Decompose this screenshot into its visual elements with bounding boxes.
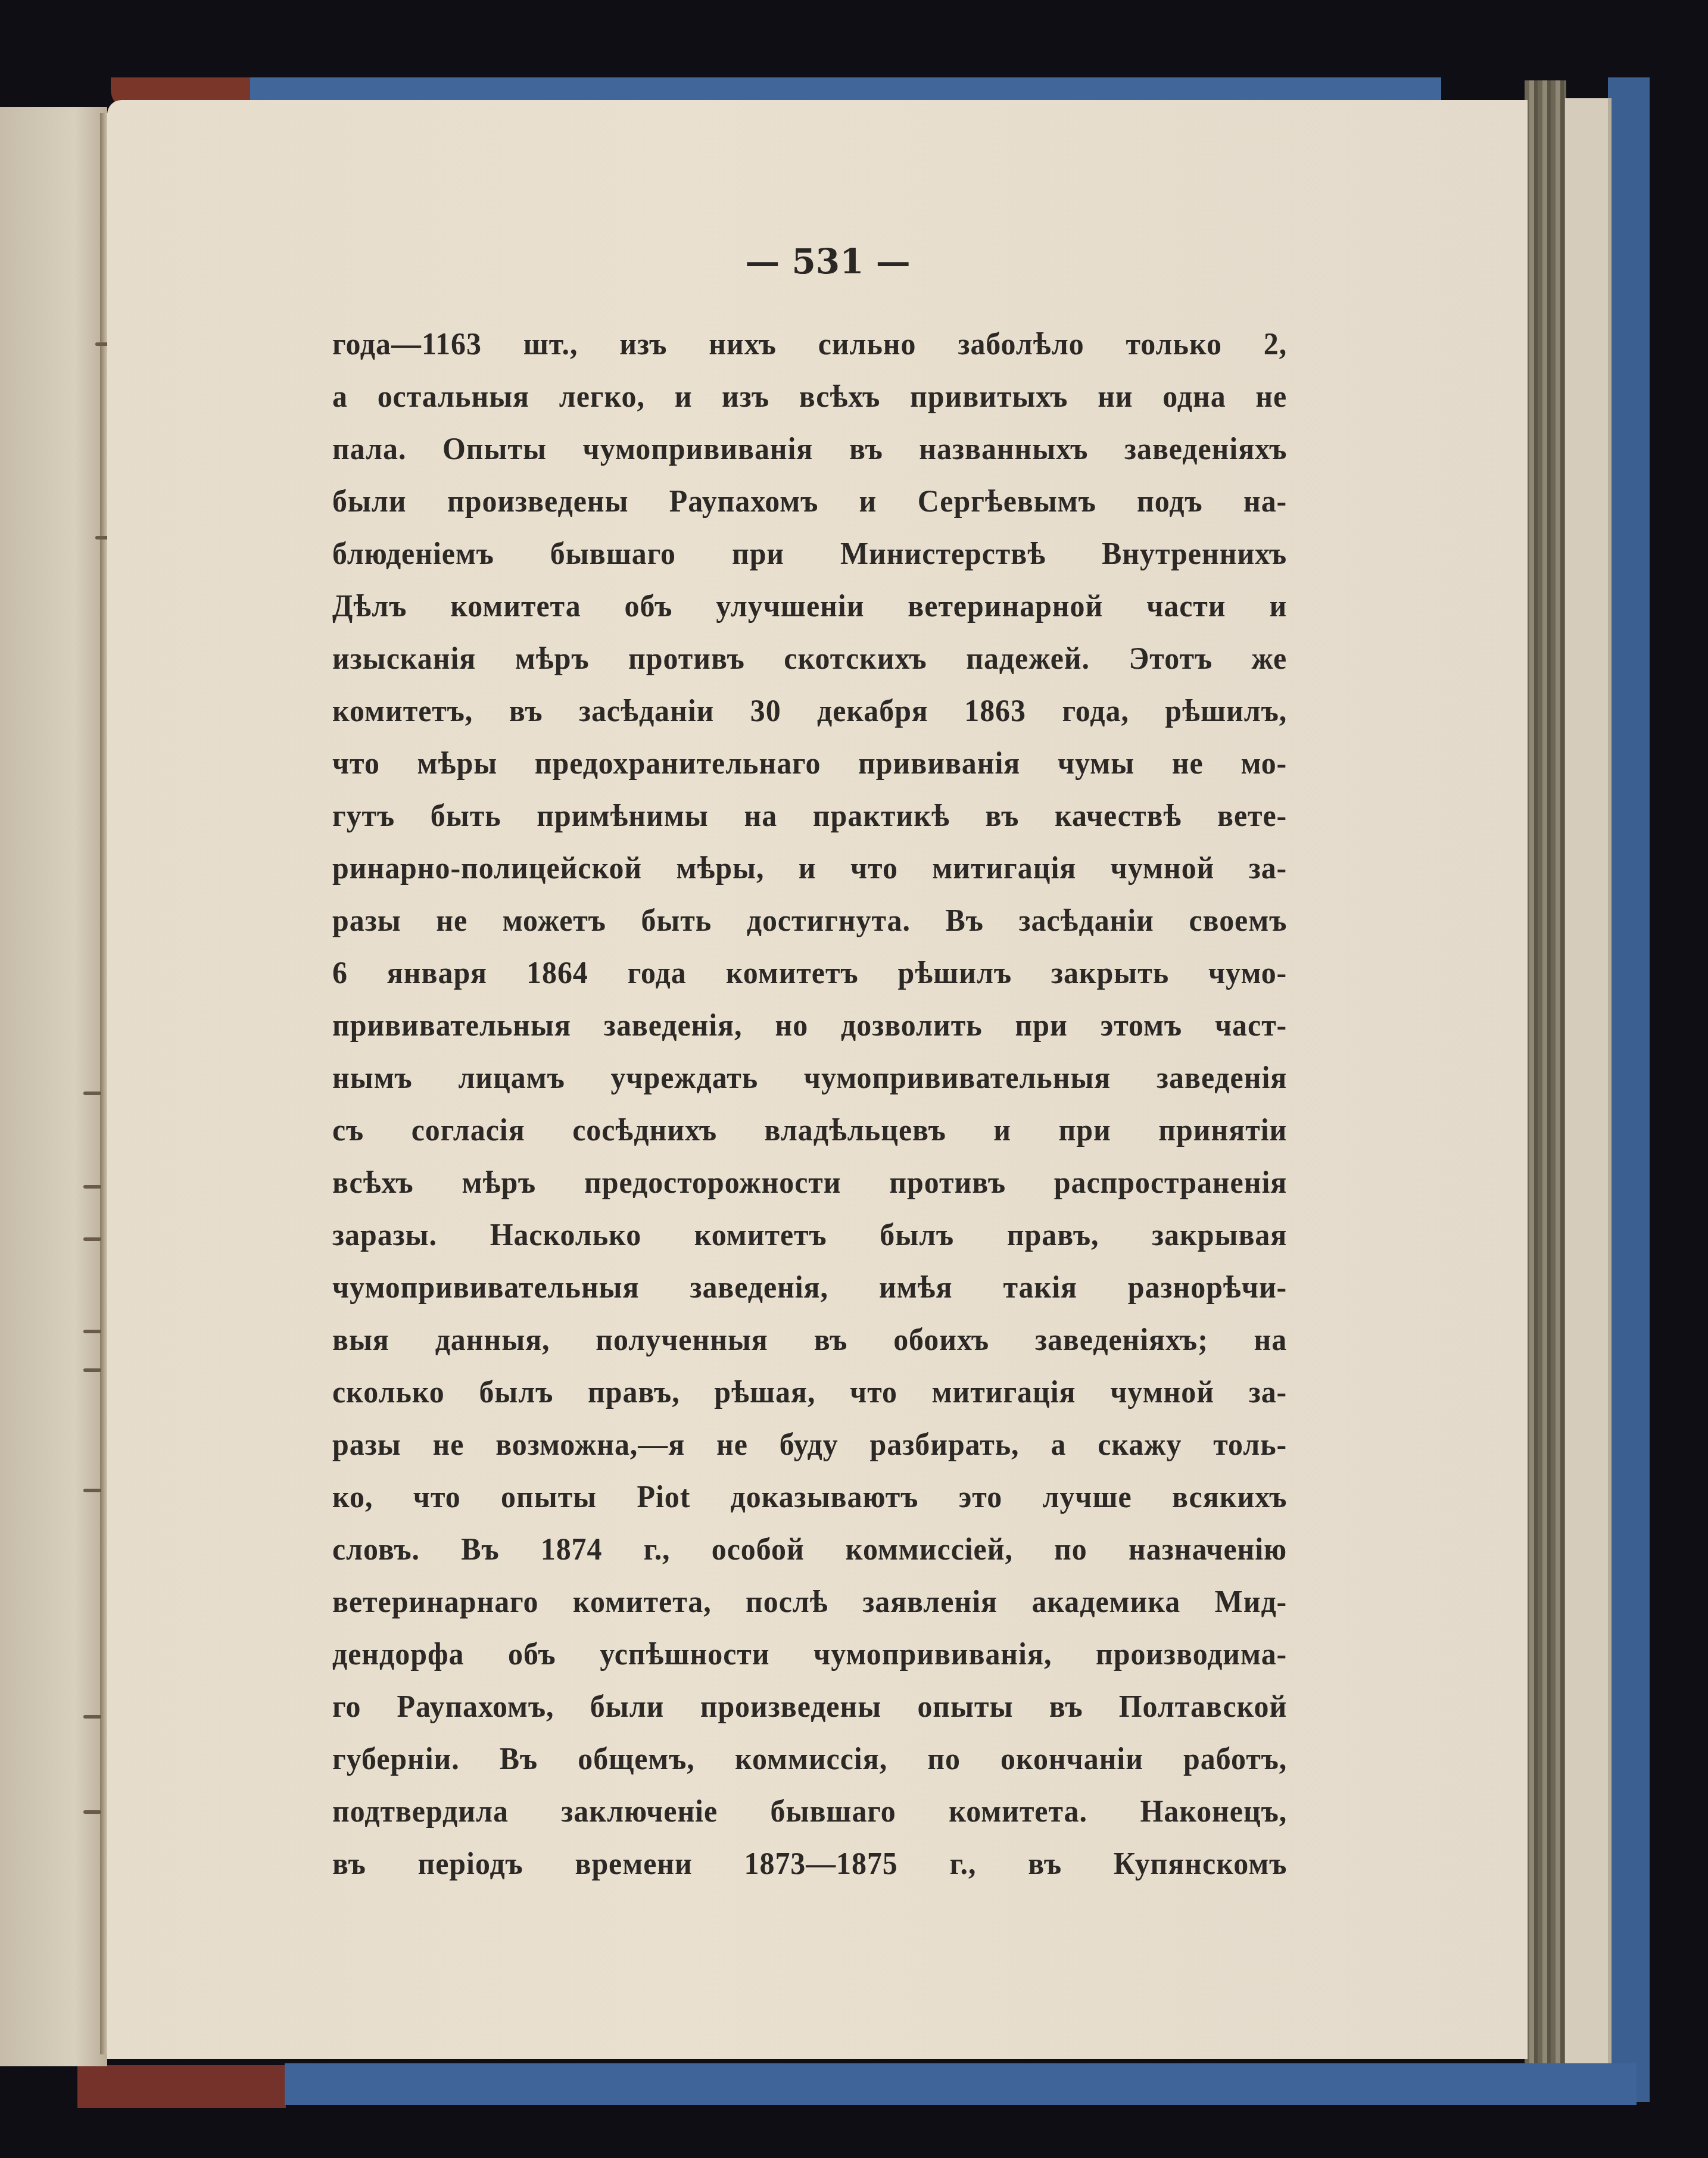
text-line: прививательныя заведенія, но дозволить п… xyxy=(332,1000,1287,1052)
text-line: чумопрививательныя заведенія, имѣя такія… xyxy=(332,1262,1287,1314)
text-line: дендорфа объ успѣшности чумопрививанія, … xyxy=(332,1629,1287,1681)
binding-stitch xyxy=(83,1092,101,1095)
page-body-text: года—1163 шт., изъ нихъ сильно заболѣло … xyxy=(332,319,1327,1891)
text-line: ветеринарнаго комитета, послѣ заявленія … xyxy=(332,1576,1287,1629)
page-number: — 531 — xyxy=(738,241,917,282)
text-line: ко, что опыты Piot доказываютъ это лучше… xyxy=(332,1471,1287,1524)
text-line: изысканія мѣръ противъ скотскихъ падежей… xyxy=(332,633,1287,685)
text-line: словъ. Въ 1874 г., особой коммиссіей, по… xyxy=(332,1524,1287,1576)
text-line: комитетъ, въ засѣданіи 30 декабря 1863 г… xyxy=(332,685,1287,738)
book-cover-right-edge xyxy=(1608,77,1650,2102)
text-line: были произведены Раупахомъ и Сергѣевымъ … xyxy=(332,476,1287,528)
text-line: губерніи. Въ общемъ, коммиссія, по оконч… xyxy=(332,1733,1287,1786)
text-line: пала. Опыты чумопрививанія въ названныхъ… xyxy=(332,423,1287,476)
text-line: съ согласія сосѣднихъ владѣльцевъ и при … xyxy=(332,1105,1287,1157)
binding-stitch xyxy=(83,1237,101,1241)
page-stack-edge xyxy=(1525,80,1566,2063)
binding-stitch xyxy=(83,1489,101,1492)
binding-stitch xyxy=(83,1368,101,1372)
text-line: 6 января 1864 года комитетъ рѣшилъ закры… xyxy=(332,947,1287,1000)
left-page-edge xyxy=(0,107,107,2066)
binding-stitch xyxy=(83,1715,101,1719)
text-line: выя данныя, полученныя въ обоихъ заведен… xyxy=(332,1314,1287,1367)
text-line: блюденіемъ бывшаго при Министерствѣ Внут… xyxy=(332,528,1287,581)
text-line: всѣхъ мѣръ предосторожности противъ расп… xyxy=(332,1157,1287,1209)
text-line: разы не возможна,—я не буду разбирать, а… xyxy=(332,1419,1287,1471)
binding-stitch xyxy=(83,1185,101,1189)
text-line: гутъ быть примѣнимы на практикѣ въ качес… xyxy=(332,790,1287,843)
text-line: года—1163 шт., изъ нихъ сильно заболѣло … xyxy=(332,319,1287,371)
text-line: заразы. Насколько комитетъ былъ правъ, з… xyxy=(332,1209,1287,1262)
book-cover-spine-bottom xyxy=(77,2065,286,2108)
text-line: го Раупахомъ, были произведены опыты въ … xyxy=(332,1681,1287,1733)
endpaper-edge xyxy=(1565,98,1612,2063)
text-line: а остальныя легко, и изъ всѣхъ привитыхъ… xyxy=(332,371,1287,423)
text-line: Дѣлъ комитета объ улучшеніи ветеринарной… xyxy=(332,581,1287,633)
text-line: что мѣры предохранительнаго прививанія ч… xyxy=(332,738,1287,790)
text-line: нымъ лицамъ учреждать чумопрививательныя… xyxy=(332,1052,1287,1105)
text-line: подтвердила заключеніе бывшаго комитета.… xyxy=(332,1786,1287,1838)
text-line: ринарно-полицейской мѣры, и что митигаці… xyxy=(332,843,1287,895)
book-cover-bottom-edge xyxy=(285,2063,1637,2105)
text-line: въ періодъ времени 1873—1875 г., въ Купя… xyxy=(332,1838,1287,1891)
binding-stitch xyxy=(83,1810,101,1814)
binding-stitch xyxy=(83,1330,101,1333)
text-line: сколько былъ правъ, рѣшая, что митигація… xyxy=(332,1367,1287,1419)
text-line: разы не можетъ быть достигнута. Въ засѣд… xyxy=(332,895,1287,947)
book-cover-top-edge xyxy=(250,77,1441,101)
